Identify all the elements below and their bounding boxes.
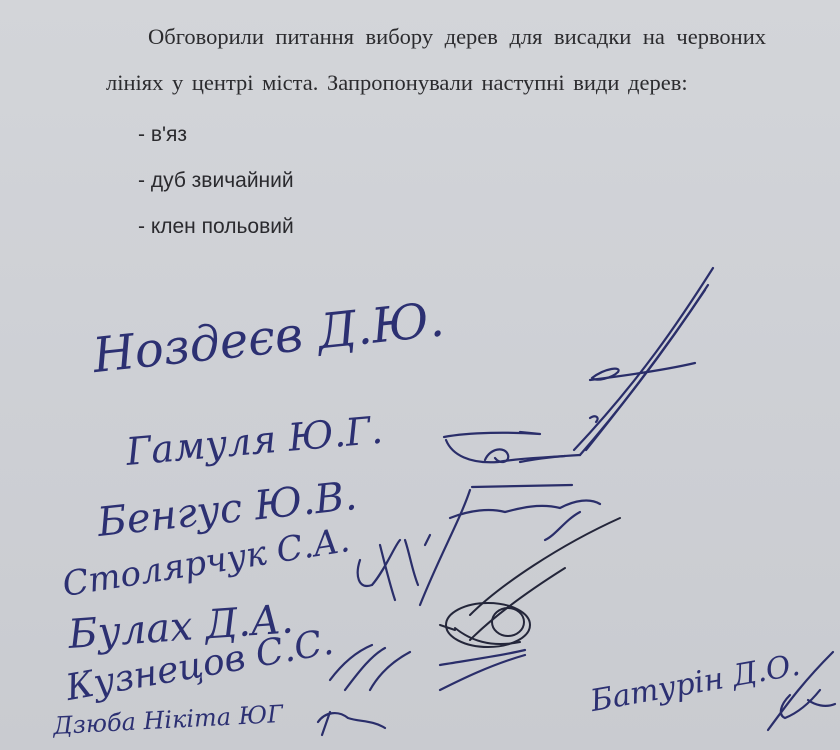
signature-mark-7 [318,712,385,735]
signature-name: Ноздеєв Д.Ю. [90,291,447,384]
minutes-paragraph: Обговорили питання вибору дерев для виса… [106,14,766,106]
signature-mark-1 [574,268,713,455]
signature-mark-4 [358,535,430,600]
signature-name: Булах Д.А. [67,596,295,658]
signature-name: Гамуля Ю.Г. [124,408,384,474]
signature-name: Столярчук С.А. [60,520,353,605]
list-item: - дуб звичайний [138,158,766,204]
typed-text-block: Обговорили питання вибору дерев для виса… [106,14,766,250]
signature-mark-2 [444,432,580,462]
signature-name: Батурін Д.О. [588,648,803,719]
tree-species-list: - в'яз - дуб звичайний - клен польовий [106,112,766,250]
signature-mark-5 [440,518,620,647]
signature-mark-6 [330,645,525,690]
signature-name: Кузнецов С.С. [63,622,337,709]
signature-mark-8 [768,652,835,730]
signature-name: Дзюба Нікіта ЮГ [53,700,284,740]
list-item: - клен польовий [138,204,766,250]
document-page: Обговорили питання вибору дерев для виса… [0,0,840,750]
signature-mark-3 [420,485,600,605]
list-item: - в'яз [138,112,766,158]
signature-name: Бенгус Ю.В. [95,473,359,546]
